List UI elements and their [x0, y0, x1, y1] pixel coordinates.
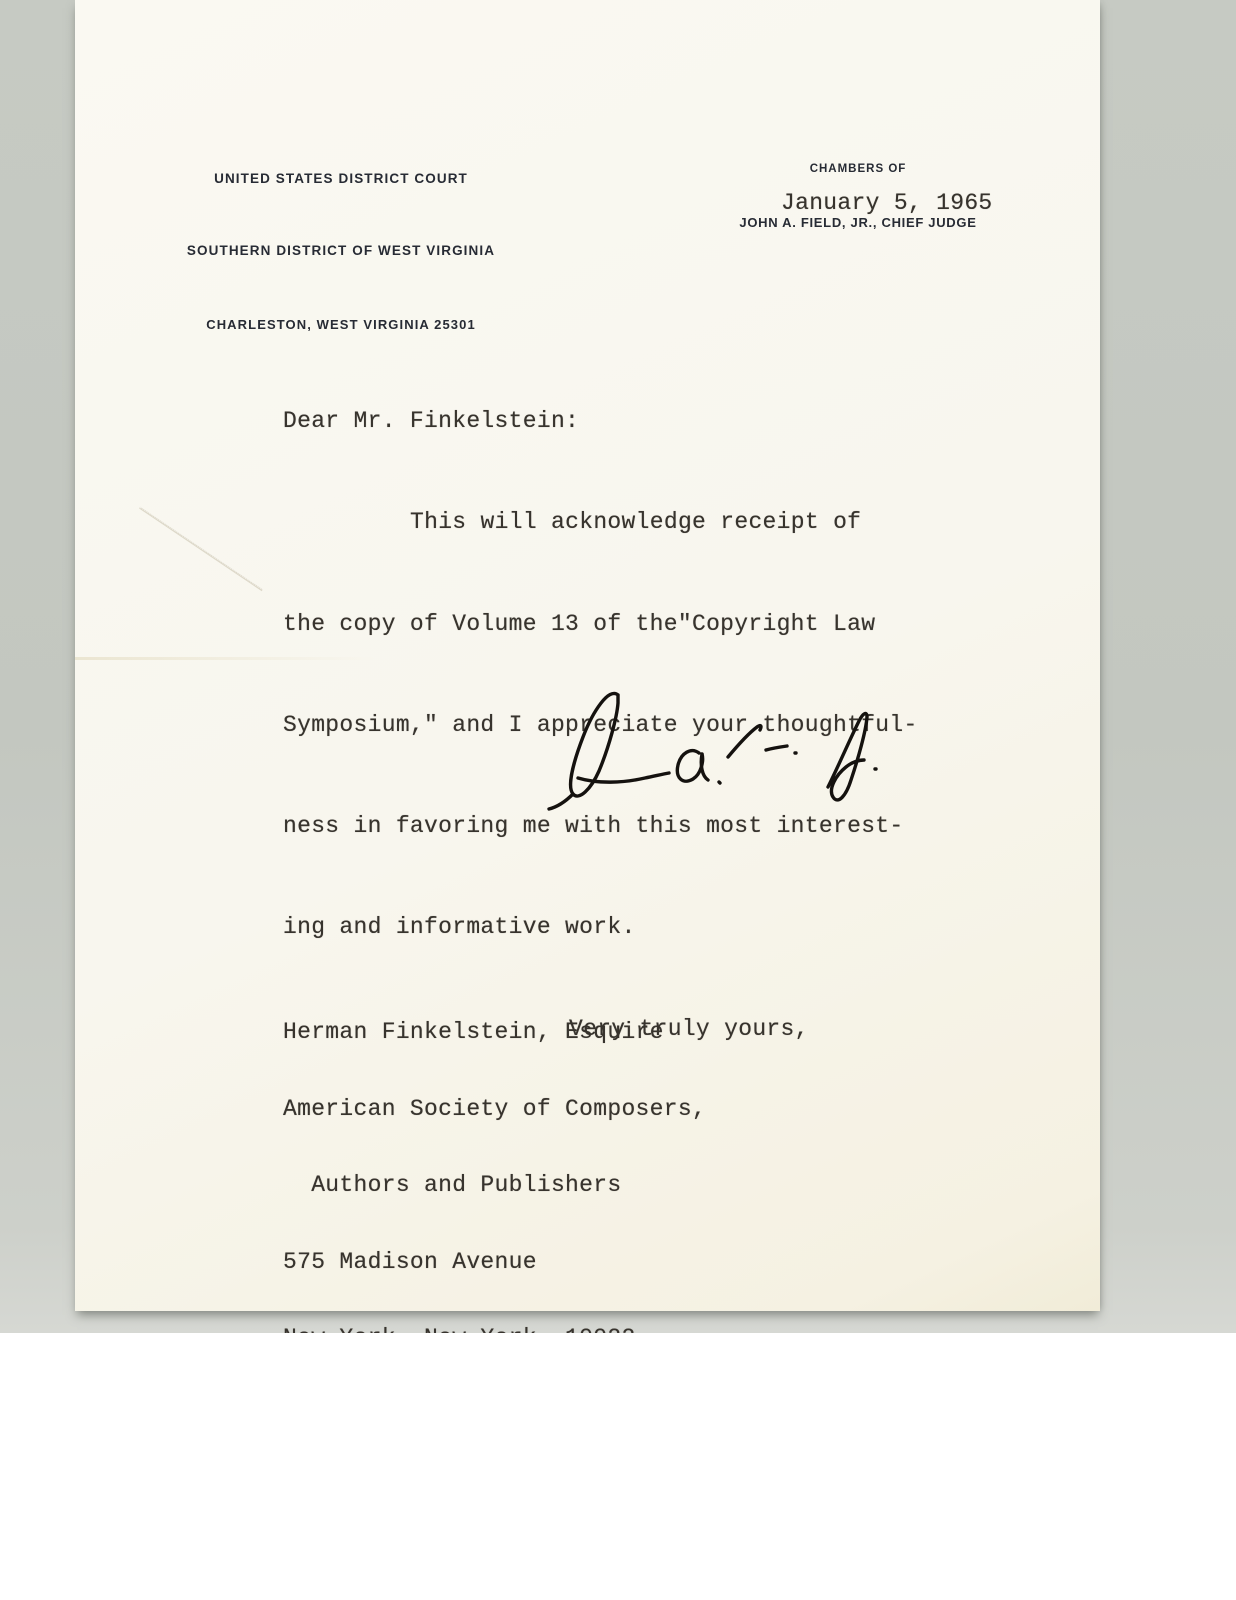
court-city: CHARLESTON, WEST VIRGINIA 25301 — [145, 313, 537, 337]
paper-crease-diagonal — [139, 507, 263, 591]
body-line: ness in favoring me with this most inter… — [283, 813, 918, 862]
body-line: the copy of Volume 13 of the"Copyright L… — [283, 611, 918, 660]
recipient-name: Herman Finkelstein, Esquire — [283, 1020, 706, 1045]
recipient-org-line: American Society of Composers, — [283, 1097, 706, 1122]
chambers-of-label: CHAMBERS OF — [705, 162, 1011, 177]
date-line: January 5, 1965 — [781, 190, 993, 216]
signature-handwriting — [523, 683, 913, 813]
letterhead-court-block: UNITED STATES DISTRICT COURT SOUTHERN DI… — [145, 119, 537, 385]
recipient-street: 575 Madison Avenue — [283, 1250, 706, 1275]
bottom-white-strip — [0, 1333, 1236, 1600]
court-name: UNITED STATES DISTRICT COURT — [145, 167, 537, 191]
salutation: Dear Mr. Finkelstein: — [283, 408, 918, 457]
letter-paper: UNITED STATES DISTRICT COURT SOUTHERN DI… — [75, 0, 1100, 1311]
court-district: SOUTHERN DISTRICT OF WEST VIRGINIA — [145, 239, 537, 263]
body-line: This will acknowledge receipt of — [283, 509, 918, 558]
recipient-org-line: Authors and Publishers — [283, 1173, 706, 1198]
body-line: ing and informative work. — [283, 914, 918, 963]
photo-background: UNITED STATES DISTRICT COURT SOUTHERN DI… — [0, 0, 1236, 1333]
